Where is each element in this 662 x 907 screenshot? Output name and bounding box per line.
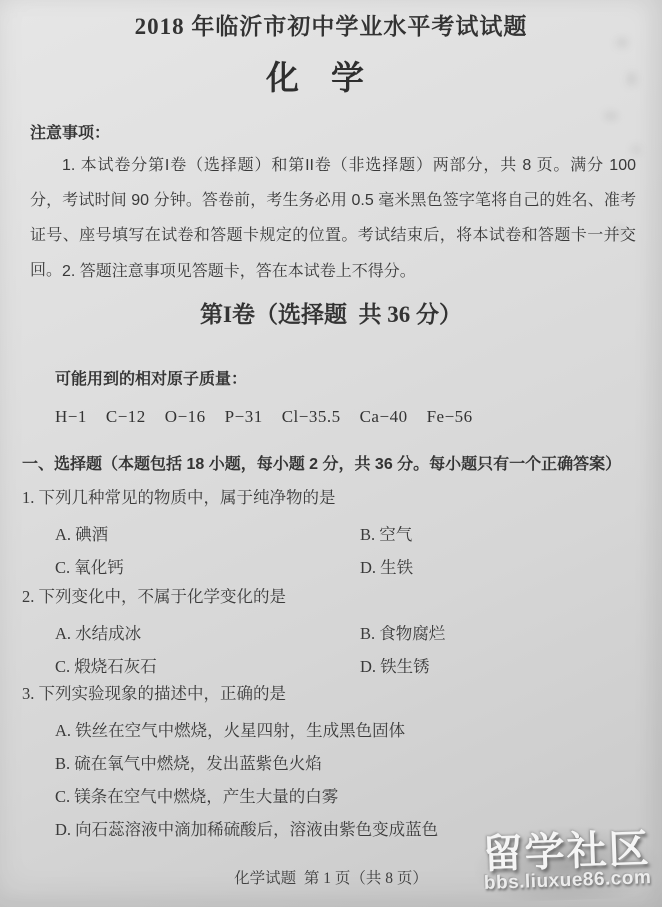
question-1: 1. 下列几种常见的物质中，属于纯净物的是 A. 碘酒 B. 空气 C. 氧化钙…: [22, 484, 644, 584]
atomic-mass-values: H−1 C−12 O−16 P−31 Cl−35.5 Ca−40 Fe−56: [55, 407, 473, 427]
exam-subject: 化学: [0, 52, 662, 99]
question-1-options: A. 碘酒 B. 空气 C. 氧化钙 D. 生铁: [55, 518, 644, 584]
scan-artifact: [604, 112, 618, 120]
question-3-option-a: A. 铁丝在空气中燃烧，火星四射，生成黑色固体: [55, 714, 644, 747]
question-1-option-b: B. 空气: [360, 518, 644, 551]
question-2-option-c: C. 煅烧石灰石: [55, 650, 360, 683]
question-2-option-d: D. 铁生锈: [360, 650, 644, 683]
watermark: 留学社区 bbs.liuxue86.com: [473, 823, 661, 903]
exam-title: 2018 年临沂市初中学业水平考试试题: [0, 8, 662, 41]
exam-paper-page: 2018 年临沂市初中学业水平考试试题 化学 注意事项： 1. 本试卷分第I卷（…: [0, 0, 662, 907]
question-1-option-d: D. 生铁: [360, 551, 644, 584]
section1-heading: 第I卷（选择题 共 36 分）: [0, 296, 662, 329]
multiple-choice-intro: 一、选择题（本题包括 18 小题，每小题 2 分，共 36 分。每小题只有一个正…: [22, 451, 642, 474]
notice-heading: 注意事项：: [30, 120, 110, 143]
question-3-option-c: C. 镁条在空气中燃烧，产生大量的白雾: [55, 780, 644, 813]
question-3: 3. 下列实验现象的描述中，正确的是 A. 铁丝在空气中燃烧，火星四射，生成黑色…: [22, 680, 644, 846]
question-2-stem: 2. 下列变化中，不属于化学变化的是: [22, 583, 644, 607]
question-3-option-b: B. 硫在氧气中燃烧，发出蓝紫色火焰: [55, 747, 644, 780]
atomic-mass-label: 可能用到的相对原子质量：: [55, 366, 247, 389]
question-2-option-a: A. 水结成冰: [55, 617, 360, 650]
question-1-option-c: C. 氧化钙: [55, 551, 360, 584]
question-2-option-b: B. 食物腐烂: [360, 617, 644, 650]
question-2: 2. 下列变化中，不属于化学变化的是 A. 水结成冰 B. 食物腐烂 C. 煅烧…: [22, 583, 644, 683]
notice-item-2: 2. 答题注意事项见答题卡，答在本试卷上不得分。: [30, 254, 636, 289]
question-1-option-a: A. 碘酒: [55, 518, 360, 551]
question-1-stem: 1. 下列几种常见的物质中，属于纯净物的是: [22, 484, 644, 508]
question-2-options: A. 水结成冰 B. 食物腐烂 C. 煅烧石灰石 D. 铁生锈: [55, 617, 644, 683]
question-3-stem: 3. 下列实验现象的描述中，正确的是: [22, 680, 644, 704]
